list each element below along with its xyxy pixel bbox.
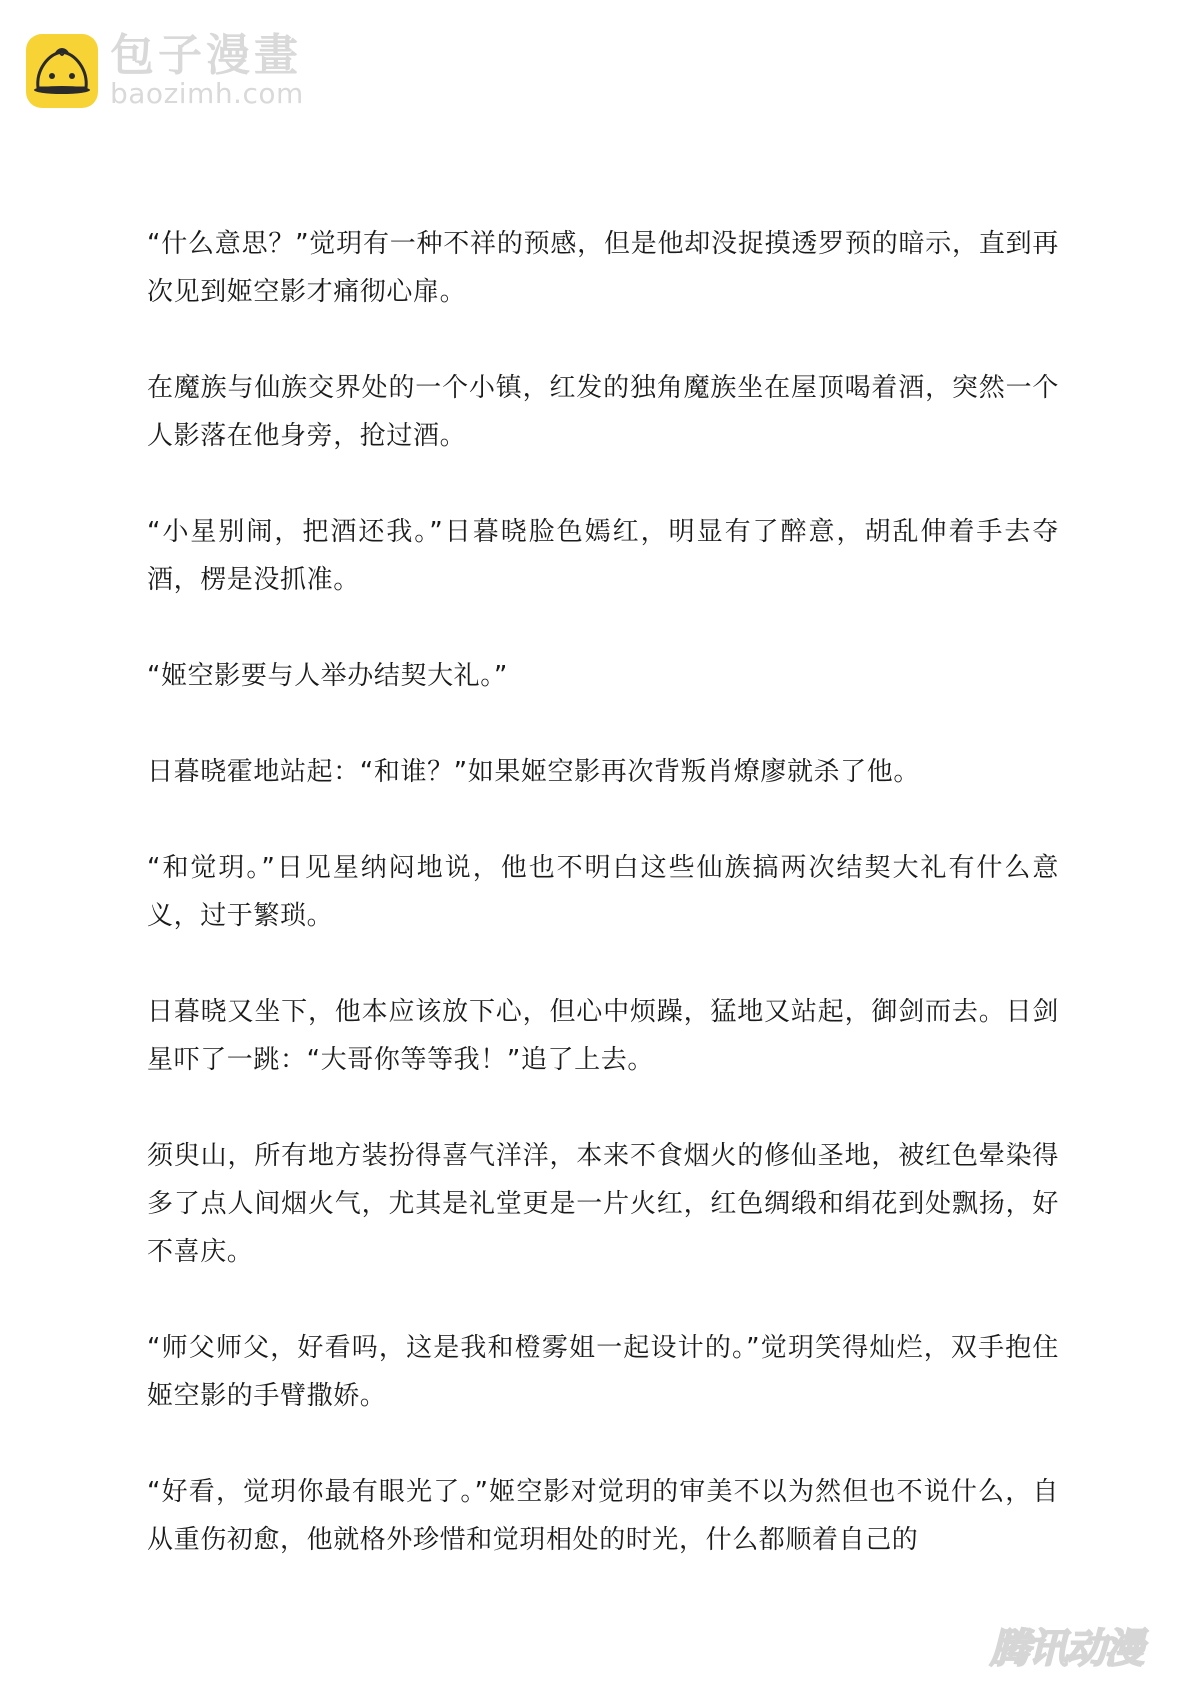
tencent-comic-watermark: 腾讯动漫: [990, 1624, 1180, 1674]
paragraph: “什么意思？”觉玥有一种不祥的预感，但是他却没捉摸透罗预的暗示，直到再次见到姬空…: [147, 220, 1059, 316]
logo-title: 包子漫畫: [110, 34, 304, 78]
paragraph: “和觉玥。”日见星纳闷地说，他也不明白这些仙族搞两次结契大礼有什么意义，过于繁琐…: [147, 844, 1059, 940]
chapter-text: “什么意思？”觉玥有一种不祥的预感，但是他却没捉摸透罗预的暗示，直到再次见到姬空…: [147, 220, 1059, 1612]
site-logo[interactable]: 包子漫畫 baozimh.com: [26, 34, 304, 108]
paragraph: “小星别闹，把酒还我。”日暮晓脸色嫣红，明显有了醉意，胡乱伸着手去夺酒，楞是没抓…: [147, 508, 1059, 604]
logo-domain: baozimh.com: [110, 80, 304, 108]
paragraph: “姬空影要与人举办结契大礼。”: [147, 652, 1059, 700]
paragraph: 日暮晓霍地站起：“和谁？”如果姬空影再次背叛肖燎廖就杀了他。: [147, 748, 1059, 796]
paragraph: 日暮晓又坐下，他本应该放下心，但心中烦躁，猛地又站起，御剑而去。日剑星吓了一跳：…: [147, 988, 1059, 1084]
logo-text: 包子漫畫 baozimh.com: [110, 34, 304, 108]
bun-mascot-icon: [26, 34, 98, 108]
paragraph: 须臾山，所有地方装扮得喜气洋洋，本来不食烟火的修仙圣地，被红色晕染得多了点人间烟…: [147, 1132, 1059, 1276]
paragraph: “师父师父，好看吗，这是我和橙雾姐一起设计的。”觉玥笑得灿烂，双手抱住姬空影的手…: [147, 1324, 1059, 1420]
paragraph: “好看，觉玥你最有眼光了。”姬空影对觉玥的审美不以为然但也不说什么，自从重伤初愈…: [147, 1468, 1059, 1564]
paragraph: 在魔族与仙族交界处的一个小镇，红发的独角魔族坐在屋顶喝着酒，突然一个人影落在他身…: [147, 364, 1059, 460]
